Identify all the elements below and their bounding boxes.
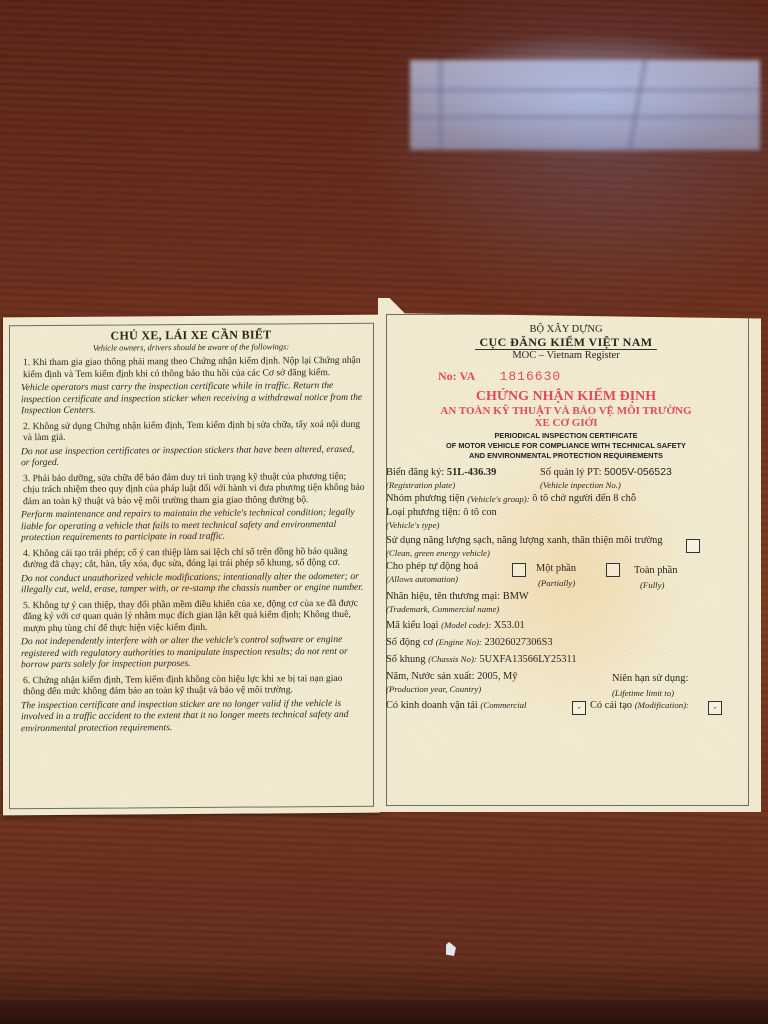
paper-chip (446, 942, 456, 956)
partial-checkbox[interactable] (606, 563, 620, 577)
agency-name: CỤC ĐĂNG KIỂM VIỆT NAM (475, 335, 656, 350)
certificate-title: CHỨNG NHẬN KIỂM ĐỊNH (386, 389, 746, 405)
certificate-title-en: PERIODICAL INSPECTION CERTIFICATE OF MOT… (386, 431, 746, 461)
registration-label-en: (Registration plate) (386, 480, 455, 490)
rule-vi: 5. Không tự ý can thiệp, thay đổi phần m… (23, 597, 365, 634)
vehicle-group-label: Nhóm phương tiện (386, 493, 465, 507)
full-label: Toàn phần (634, 565, 677, 577)
window-frame (410, 115, 760, 119)
certificate-front-page: BỘ XÂY DỰNG CỤC ĐĂNG KIỂM VIỆT NAM MOC –… (378, 298, 761, 812)
engine-no-value: 23026027306S3 (484, 637, 552, 648)
commercial-label: Có kinh doanh vận tải (386, 700, 478, 711)
automation-label-en: (Allows automation) (386, 574, 458, 584)
vehicle-group-value: ô tô chở người đến 8 chỗ (532, 493, 636, 507)
partial-label: Một phần (536, 563, 576, 575)
notice-subtitle: Vehicle owners, drivers should be aware … (13, 340, 369, 354)
engine-no-label: Số động cơ (386, 637, 433, 648)
rule-en: Do not conduct unauthorized vehicle modi… (21, 570, 365, 595)
trademark-label-en: (Trademark, Commercial name) (386, 604, 499, 614)
automation-label: Cho phép tự động hoá (386, 561, 478, 572)
production-label-en: (Production year, Country) (386, 684, 481, 694)
title-en-line3: AND ENVIRONMENTAL PROTECTION REQUIREMENT… (386, 451, 746, 461)
production-label: Năm, Nước sản xuất: (386, 671, 474, 682)
trademark-value: BMW (503, 591, 529, 602)
lifetime-label-en: (Lifetime limit to) (612, 687, 674, 699)
commercial-checkbox[interactable]: - (572, 701, 586, 715)
certificate-back-page: CHỦ XE, LÁI XE CẦN BIẾT Vehicle owners, … (3, 315, 380, 816)
partial-label-en: (Partially) (538, 577, 575, 589)
ministry-name: BỘ XÂY DỰNG (386, 324, 746, 335)
window-reflection (410, 60, 760, 150)
serial-number: No: VA 1816630 (438, 369, 746, 384)
serial-value: 1816630 (500, 369, 562, 384)
title-en-line1: PERIODICAL INSPECTION CERTIFICATE (386, 431, 746, 441)
model-code-label: Mã kiểu loại (386, 620, 439, 631)
vehicle-type-label: Loại phương tiện: (386, 507, 461, 518)
window-frame (627, 60, 648, 150)
registration-value: 51L-436.39 (447, 467, 496, 478)
certificate-title-line3: XE CƠ GIỚI (386, 417, 746, 429)
inspection-no-label-en: (Vehicle inpection No.) (540, 480, 621, 490)
certificate-title-line2: AN TOÀN KỸ THUẬT VÀ BẢO VỆ MÔI TRƯỜNG (386, 405, 746, 417)
engine-no-label-en: (Engine No): (436, 637, 482, 647)
rule-vi: 2. Không sử dụng Chứng nhận kiểm định, T… (23, 418, 365, 443)
rule-en: Do not independently interfere with or a… (21, 634, 365, 671)
rule-vi: 4. Không cải tạo trái phép; cố ý can thi… (23, 545, 365, 570)
inspection-no-value: 5005V-056523 (604, 467, 672, 478)
automation-checkbox[interactable] (512, 563, 526, 577)
modification-label: Có cải tạo (590, 700, 632, 711)
rule-en: The inspection certificate and inspectio… (21, 697, 365, 734)
rule-vi: 6. Chứng nhận kiểm định, Tem kiểm định k… (23, 672, 365, 697)
rule-vi: 3. Phải bảo dưỡng, sửa chữa để bảo đảm d… (23, 470, 365, 507)
serial-label: No: VA (438, 369, 475, 383)
title-en-line2: OF MOTOR VEHICLE FOR COMPLIANCE WITH TEC… (386, 441, 746, 451)
clean-energy-label-en: (Clean, green energy vehicle) (386, 548, 490, 558)
window-frame (438, 60, 443, 150)
model-code-value: X53.01 (494, 620, 525, 631)
clean-energy-label: Sử dụng năng lượng sạch, năng lượng xanh… (386, 535, 663, 546)
rule-vi: 1. Khi tham gia giao thông phải mang the… (23, 355, 365, 380)
commercial-label-en: (Commercial (480, 700, 526, 710)
trademark-label: Nhãn hiệu, tên thương mại: (386, 591, 500, 602)
rule-en: Vehicle operators must carry the inspect… (21, 380, 365, 417)
vehicle-type-value: ô tô con (463, 507, 496, 518)
chassis-no-label-en: (Chassis No): (428, 654, 477, 664)
production-value: 2005, Mỹ (477, 671, 517, 682)
vehicle-fields: Biển đăng ký: 51L-436.39 (Registration p… (386, 467, 746, 717)
lifetime-label: Niên hạn sử dụng: (612, 673, 688, 685)
modification-checkbox[interactable]: - (708, 701, 722, 715)
chassis-no-label: Số khung (386, 654, 426, 665)
table-edge (0, 1000, 768, 1024)
clean-energy-checkbox[interactable] (686, 539, 700, 553)
inspection-no-label: Số quản lý PT: (540, 467, 602, 478)
registration-label: Biển đăng ký: (386, 467, 444, 478)
rule-en: Perform maintenance and repairs to maint… (21, 507, 365, 544)
window-frame (410, 88, 760, 92)
rule-en: Do not use inspection certificates or in… (21, 443, 365, 468)
full-label-en: (Fully) (640, 579, 664, 591)
table-lip (0, 960, 768, 1002)
vehicle-group-label-en: (Vehicle's group): (467, 493, 529, 507)
vehicle-type-label-en: (Vehicle's type) (386, 520, 439, 530)
model-code-label-en: (Model code): (441, 620, 491, 630)
chassis-no-value: 5UXFA13566LY25311 (479, 654, 576, 665)
agency-name-en: MOC – Vietnam Register (386, 350, 746, 361)
modification-label-en: (Modification): (635, 700, 689, 710)
